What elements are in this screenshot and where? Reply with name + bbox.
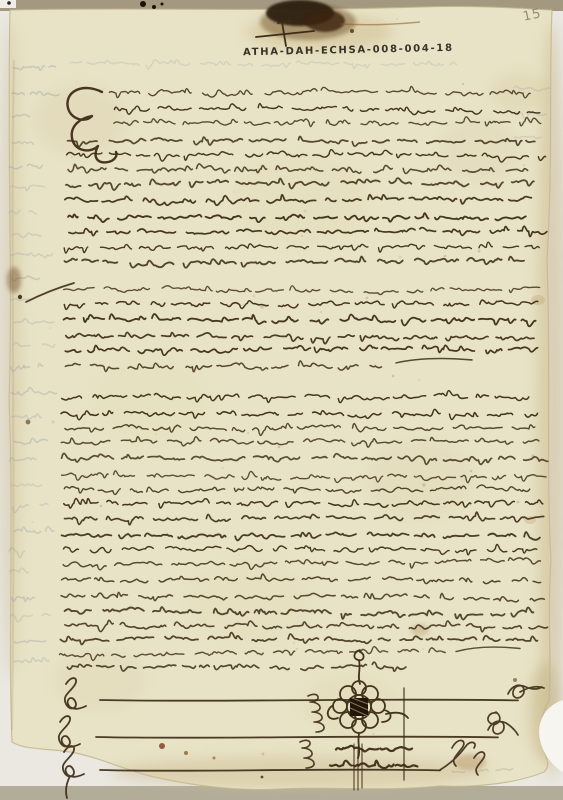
manuscript-artwork <box>0 0 563 800</box>
paper-speckle <box>392 375 395 378</box>
paper-speckle <box>260 305 263 308</box>
ink-speck <box>140 1 146 7</box>
paper-speckle <box>422 483 425 486</box>
paper-speckle <box>398 255 401 258</box>
paper-speckle <box>32 521 34 523</box>
paper-speckle <box>372 733 375 736</box>
paper-speckle <box>418 379 420 381</box>
signature-line <box>100 700 518 701</box>
paper-speckle <box>470 470 473 473</box>
paper-speckle <box>324 454 326 456</box>
paper-speckle <box>278 446 281 449</box>
manuscript-scan-page: ATHA-DAH-ECHSA-008-004-18 15 <box>0 0 563 800</box>
paper-speckle <box>379 624 381 626</box>
paper-speckle <box>422 648 424 650</box>
paper-speckle <box>222 467 224 469</box>
paper-speckle <box>247 432 249 434</box>
paper-speckle <box>71 156 73 158</box>
paper-speckle <box>478 250 481 253</box>
paper-speckle <box>517 501 520 504</box>
signature-line <box>100 770 440 771</box>
paper-speckle <box>252 294 255 297</box>
paper-speckle <box>193 213 195 215</box>
paper-speckle <box>52 421 55 424</box>
paper-speckle <box>233 191 234 192</box>
paper-speckle <box>100 505 103 508</box>
fold-crease <box>12 60 14 730</box>
paper-speckle <box>539 411 541 413</box>
paper-speckle <box>444 255 447 258</box>
paper-speckle <box>462 83 464 85</box>
signature-line <box>96 737 498 738</box>
paper-speckle <box>155 433 157 435</box>
paper-speckle <box>366 297 369 300</box>
paper-speckle <box>304 210 307 213</box>
paper-speckle <box>296 648 298 650</box>
paper-speckle <box>293 642 295 644</box>
paper-speckle <box>262 753 265 756</box>
rust-spot <box>159 743 165 749</box>
paper-speckle <box>523 164 525 166</box>
paper-speckle <box>238 554 240 556</box>
paper-speckle <box>396 18 397 19</box>
paper-speckle <box>49 327 51 329</box>
paper-speckle <box>320 311 323 314</box>
paper-speckle <box>301 235 303 237</box>
